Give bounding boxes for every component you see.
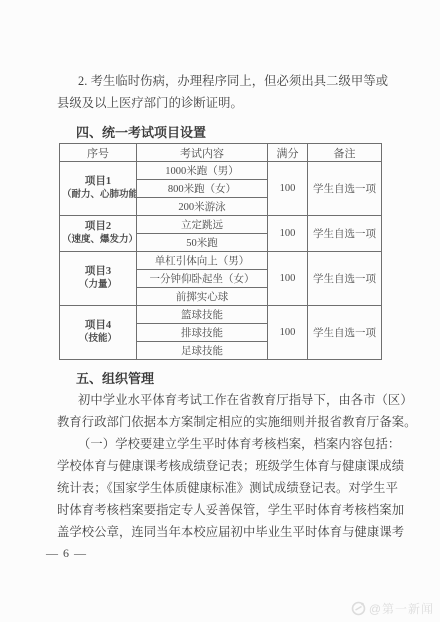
header-cell-note: 备注 <box>308 144 382 162</box>
camera-logo-icon <box>351 601 366 616</box>
item-cell: 篮球技能 <box>137 306 268 324</box>
score-cell: 100 <box>268 252 308 306</box>
note-cell: 学生自选一项 <box>308 252 382 306</box>
exam-items-table: 序号 考试内容 满分 备注 项目1 （耐力、心肺功能） 1000米跑（男） 10… <box>59 143 382 360</box>
category-subtitle: （力量） <box>62 279 134 292</box>
category-name: 项目3 <box>62 265 134 279</box>
section5-heading: 五、组织管理 <box>76 368 154 387</box>
paragraph-line: （一）学校要建立学生平时体育考核档案，档案内容包括： <box>57 433 387 455</box>
score-cell: 100 <box>268 162 308 216</box>
section4-heading: 四、统一考试项目设置 <box>76 122 206 141</box>
table-row: 项目4 （技能） 篮球技能 100 学生自选一项 <box>60 306 382 324</box>
paragraph-line: 初中学业水平体育考试工作在省教育厅指导下，由各市（区） <box>57 389 387 411</box>
category-name: 项目1 <box>62 175 134 189</box>
note-cell: 学生自选一项 <box>308 162 382 216</box>
header-cell-score: 满分 <box>268 144 308 162</box>
paragraph-line: 统计表；《国家学生体质健康标准》测试成绩登记表。对学生平 <box>57 477 387 499</box>
table-row: 项目2 （速度、爆发力） 立定跳远 100 学生自选一项 <box>60 216 382 234</box>
category-cell: 项目4 （技能） <box>60 306 137 360</box>
header-cell-content: 考试内容 <box>137 144 268 162</box>
item-cell: 1000米跑（男） <box>137 162 268 180</box>
category-name: 项目2 <box>62 220 134 234</box>
category-subtitle: （耐力、心肺功能） <box>62 189 134 202</box>
note-cell: 学生自选一项 <box>308 216 382 252</box>
score-cell: 100 <box>268 306 308 360</box>
score-cell: 100 <box>268 216 308 252</box>
table-row: 项目1 （耐力、心肺功能） 1000米跑（男） 100 学生自选一项 <box>60 162 382 180</box>
table-header-row: 序号 考试内容 满分 备注 <box>60 144 382 162</box>
header-cell-seq: 序号 <box>60 144 137 162</box>
category-name: 项目4 <box>62 319 134 333</box>
page-number: — 6 — <box>46 546 87 561</box>
item-cell: 立定跳远 <box>137 216 268 234</box>
item-cell: 一分钟仰卧起坐（女） <box>137 270 268 288</box>
intro-paragraph: 2. 考生临时伤病，办理程序同上，但必须出具二级甲等或 县级及以上医疗部门的诊断… <box>57 70 387 114</box>
paragraph-line: 学校体育与健康课考核成绩登记表；班级学生体育与健康课成绩 <box>57 455 387 477</box>
item-cell: 单杠引体向上（男） <box>137 252 268 270</box>
category-cell: 项目1 （耐力、心肺功能） <box>60 162 137 216</box>
item-cell: 800米跑（女） <box>137 180 268 198</box>
category-cell: 项目3 （力量） <box>60 252 137 306</box>
paragraph-line: 县级及以上医疗部门的诊断证明。 <box>57 92 387 114</box>
document-page: 2. 考生临时伤病，办理程序同上，但必须出具二级甲等或 县级及以上医疗部门的诊断… <box>0 0 440 622</box>
category-cell: 项目2 （速度、爆发力） <box>60 216 137 252</box>
paragraph-line: 盖学校公章，连同当年本校应届初中毕业生平时体育与健康课考 <box>57 521 387 543</box>
item-cell: 50米跑 <box>137 234 268 252</box>
item-cell: 前掷实心球 <box>137 288 268 306</box>
item-cell: 排球技能 <box>137 324 268 342</box>
paragraph-line: 时体育考核档案要指定专人妥善保管，学生平时体育考核档案加 <box>57 499 387 521</box>
paragraph-line: 2. 考生临时伤病，办理程序同上，但必须出具二级甲等或 <box>57 70 387 92</box>
section5-paragraphs: 初中学业水平体育考试工作在省教育厅指导下，由各市（区） 教育行政部门依据本方案制… <box>57 389 387 543</box>
table-row: 项目3 （力量） 单杠引体向上（男） 100 学生自选一项 <box>60 252 382 270</box>
category-subtitle: （速度、爆发力） <box>62 234 134 247</box>
note-cell: 学生自选一项 <box>308 306 382 360</box>
item-cell: 200米游泳 <box>137 198 268 216</box>
paragraph-line: 教育行政部门依据本方案制定相应的实施细则并报省教育厅备案。 <box>57 411 387 433</box>
watermark: @第一新闻 <box>351 600 434 617</box>
category-subtitle: （技能） <box>62 333 134 346</box>
item-cell: 足球技能 <box>137 342 268 360</box>
watermark-text: @第一新闻 <box>369 600 434 617</box>
